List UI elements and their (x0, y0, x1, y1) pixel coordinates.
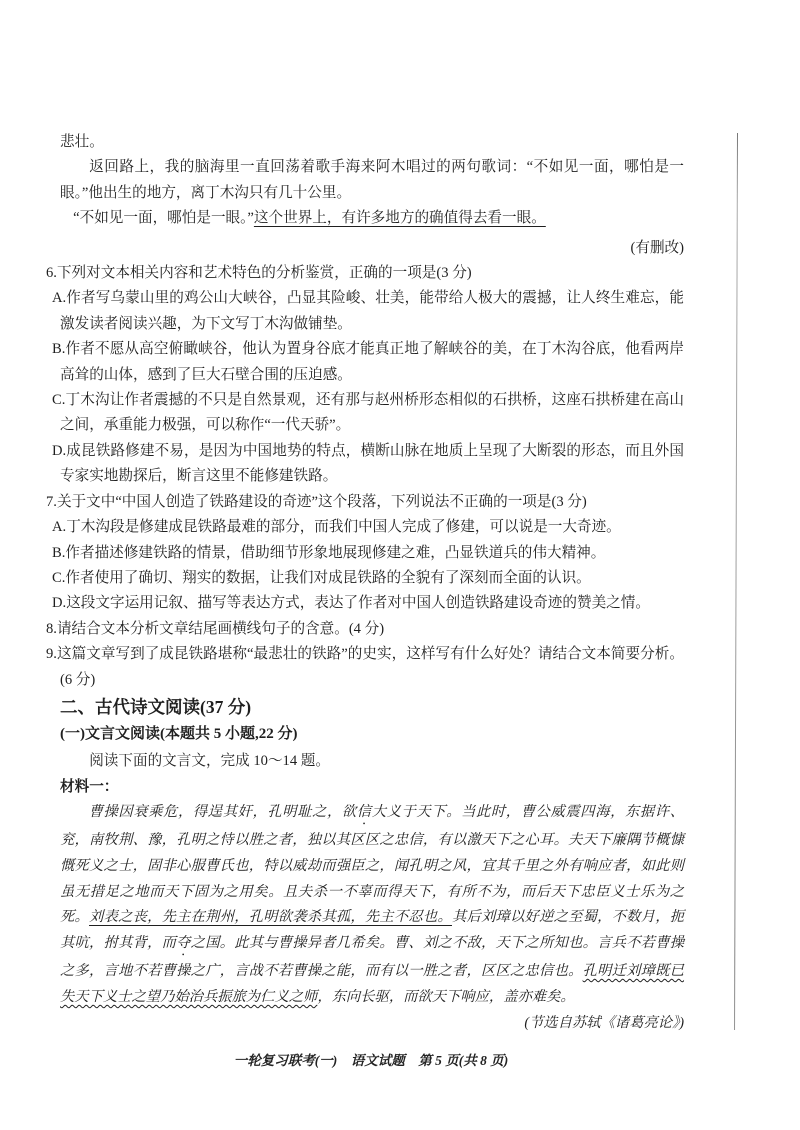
underlined-translation-sentence: 刘表之丧，先主在荆州，孔明欲袭杀其孤，先主不忍也。 (89, 909, 452, 925)
emphasized-char-xin: 信 (357, 804, 372, 820)
question-6-option-b: B.作者不愿从高空俯瞰峡谷，他认为置身谷底才能真正地了解峡谷的美，在丁木沟谷底，… (60, 337, 684, 388)
question-8-stem: 8.请结合文本分析文章结尾画横线句子的含意。(4 分) (60, 617, 684, 642)
passage-segment-5: ，东向长驱，而欲天下响应，盖亦难矣。 (317, 989, 574, 1005)
underlined-sentence: 这个世界上，有许多地方的确值得去看一眼。 (254, 210, 546, 226)
question-7-option-a: A.丁木沟段是修建成昆铁路最难的部分，而我们中国人完成了修建，可以说是一大奇迹。 (60, 515, 684, 540)
prose-paragraph-lyrics: 返回路上，我的脑海里一直回荡着歌手海来阿木唱过的两句歌词：“不如见一面，哪怕是一… (60, 155, 684, 206)
question-7-option-b: B.作者描述修建铁路的情景，借助细节形象地展现修建之难，凸显铁道兵的伟大精神。 (60, 541, 684, 566)
question-7: 7.关于文中“中国人创造了铁路建设的奇迹”这个段落，下列说法不正确的一项是(3 … (60, 490, 684, 617)
question-7-option-c: C.作者使用了确切、翔实的数据，让我们对成昆铁路的全貌有了深刻而全面的认识。 (60, 566, 684, 591)
passage-source-attribution: (节选自苏轼《诸葛亮论》) (60, 1011, 684, 1037)
material-one-label: 材料一： (60, 774, 684, 800)
question-6-option-c: C.丁木沟让作者震撼的不只是自然景观，还有那与赵州桥形态相似的石拱桥，这座石拱桥… (60, 388, 684, 439)
exam-page-scan: 悲壮。 返回路上，我的脑海里一直回荡着歌手海来阿木唱过的两句歌词：“不如见一面，… (0, 0, 800, 1130)
question-7-option-d: D.这段文字运用记叙、描写等表达方式，表达了作者对中国人创造铁路建设奇迹的赞美之… (60, 591, 684, 616)
question-7-stem: 7.关于文中“中国人创造了铁路建设的奇迹”这个段落，下列说法不正确的一项是(3 … (60, 490, 684, 515)
passage-segment-2: 大义于天下。当此时，曹公威震四海，东据许、兖，南牧荆、豫，孔明之恃以胜之者，独以… (60, 804, 684, 925)
page-content: 悲壮。 返回路上，我的脑海里一直回荡着歌手海来阿木唱过的两句歌词：“不如见一面，… (60, 130, 684, 1037)
question-6: 6.下列对文本相关内容和艺术特色的分析鉴赏，正确的一项是(3 分) A.作者写乌… (60, 261, 684, 490)
subsection-heading-classical-prose: (一)文言文阅读(本题共 5 小题,22 分) (60, 721, 684, 748)
reading-instruction: 阅读下面的文言文，完成 10～14 题。 (60, 748, 684, 774)
question-6-option-d: D.成昆铁路修建不易，是因为中国地势的特点，横断山脉在地质上呈现了大断裂的形态，… (60, 439, 684, 490)
page-footer: 一轮复习联考(一) 语文试题 第 5 页(共 8 页) (0, 1049, 742, 1069)
quote-plain-text: “不如见一面，哪怕是一眼。” (73, 210, 254, 226)
emphasized-char-duo: 夺 (176, 935, 191, 951)
question-6-option-a: A.作者写乌蒙山里的鸡公山大峡谷，凸显其险峻、壮美，能带给人极大的震撼，让人终生… (60, 286, 684, 337)
prose-paragraph-quote: “不如见一面，哪怕是一眼。”这个世界上，有许多地方的确值得去看一眼。 (60, 206, 684, 231)
question-9-stem: 9.这篇文章写到了成昆铁路堪称“最悲壮的铁路”的史实，这样写有什么好处？请结合文… (60, 642, 684, 693)
question-6-stem: 6.下列对文本相关内容和艺术特色的分析鉴赏，正确的一项是(3 分) (60, 261, 684, 286)
passage-segment-1: 曹操因衰乘危，得逞其奸，孔明耻之，欲 (89, 804, 357, 820)
scan-artifact-line (734, 133, 738, 1030)
section-heading-ancient-reading: 二、古代诗文阅读(37 分) (60, 693, 684, 721)
attribution-edited-note: (有删改) (60, 236, 684, 261)
classical-passage: 曹操因衰乘危，得逞其奸，孔明耻之，欲信大义于天下。当此时，曹公威震四海，东据许、… (60, 800, 684, 1011)
prose-tail-line: 悲壮。 (60, 130, 684, 155)
